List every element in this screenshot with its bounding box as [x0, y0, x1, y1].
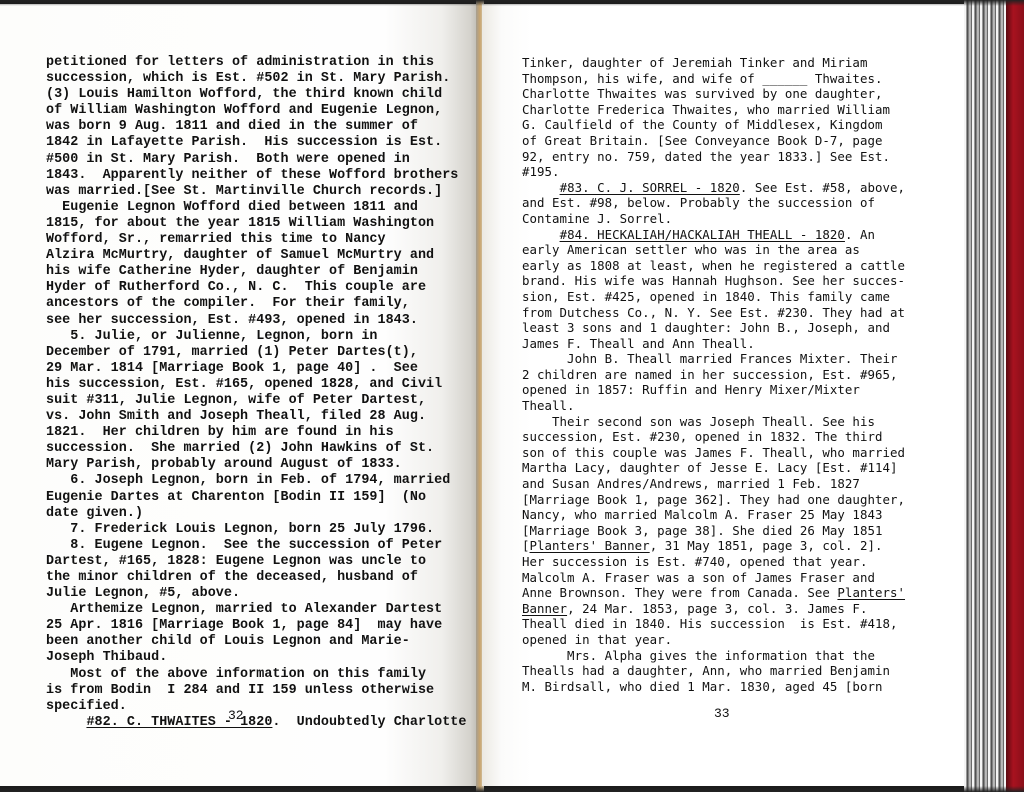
text-line: specified. — [46, 699, 466, 715]
line-text: specified. — [46, 699, 127, 714]
text-line: G. Caulfield of the County of Middlesex,… — [522, 117, 905, 133]
line-text: Theall died in 1840. His succession is E… — [522, 616, 898, 631]
text-line: [Planters' Banner, 31 May 1851, page 3, … — [522, 538, 905, 554]
text-line: Her succession is Est. #740, opened that… — [522, 554, 905, 570]
text-line: Theall died in 1840. His succession is E… — [522, 616, 905, 632]
line-text: opened in 1857: Ruffin and Henry Mixer/M… — [522, 382, 860, 397]
text-line: 1821. Her children by him are found in h… — [46, 425, 466, 441]
text-line: see her succession, Est. #493, opened in… — [46, 313, 466, 329]
text-line: 1842 in Lafayette Parish. His succession… — [46, 135, 466, 151]
line-text: 25 Apr. 1816 [Marriage Book 1, page 84] … — [46, 618, 442, 633]
line-text: G. Caulfield of the County of Middlesex,… — [522, 117, 882, 132]
line-text: Her succession is Est. #740, opened that… — [522, 554, 867, 569]
text-line: the minor children of the deceased, husb… — [46, 570, 466, 586]
text-line: Thompson, his wife, and wife of ______ T… — [522, 71, 905, 87]
line-text: December of 1791, married (1) Peter Dart… — [46, 345, 418, 360]
line-text: Julie Legnon, #5, above. — [46, 586, 240, 601]
line-text: Theall. — [522, 398, 575, 413]
text-line: of Great Britain. [See Conveyance Book D… — [522, 133, 905, 149]
text-line: date given.) — [46, 506, 466, 522]
line-text: the minor children of the deceased, husb… — [46, 570, 418, 585]
text-line: Theall. — [522, 398, 905, 414]
line-text: #500 in St. Mary Parish. Both were opene… — [46, 152, 410, 167]
line-text: Mary Parish, probably around August of 1… — [46, 457, 402, 472]
text-line: #500 in St. Mary Parish. Both were opene… — [46, 152, 466, 168]
text-line: early American settler who was in the ar… — [522, 242, 905, 258]
line-text: Arthemize Legnon, married to Alexander D… — [46, 602, 442, 617]
text-line: opened in 1857: Ruffin and Henry Mixer/M… — [522, 382, 905, 398]
text-line: petitioned for letters of administration… — [46, 55, 466, 71]
text-line: Wofford, Sr., remarried this time to Nan… — [46, 232, 466, 248]
text-line: Alzira McMurtry, daughter of Samuel McMu… — [46, 248, 466, 264]
line-text: 29 Mar. 1814 [Marriage Book 1, page 40] … — [46, 361, 418, 376]
text-line: 29 Mar. 1814 [Marriage Book 1, page 40] … — [46, 361, 466, 377]
line-text: ancestors of the compiler. For their fam… — [46, 296, 410, 311]
line-text: is from Bodin I 284 and II 159 unless ot… — [46, 683, 434, 698]
text-line: son of this couple was James F. Theall, … — [522, 445, 905, 461]
line-text: Thealls had a daughter, Ann, who married… — [522, 663, 890, 678]
line-text: [Marriage Book 1, page 362]. They had on… — [522, 492, 905, 507]
line-text: , 24 Mar. 1853, page 3, col. 3. James F. — [567, 601, 867, 616]
line-text: Eugenie Dartes at Charenton [Bodin II 15… — [46, 490, 426, 505]
bottom-shadow — [0, 786, 1024, 792]
line-text: Tinker, daughter of Jeremiah Tinker and … — [522, 55, 867, 70]
line-text: Hyder of Rutherford Co., N. C. This coup… — [46, 280, 426, 295]
line-text: M. Birdsall, who died 1 Mar. 1830, aged … — [522, 679, 882, 694]
underlined-heading: Planters' — [837, 585, 905, 600]
text-line: 8. Eugene Legnon. See the succession of … — [46, 538, 466, 554]
line-text: sion, Est. #425, opened in 1840. This fa… — [522, 289, 890, 304]
text-line: vs. John Smith and Joseph Theall, filed … — [46, 409, 466, 425]
text-line: #83. C. J. SORREL - 1820. See Est. #58, … — [522, 180, 905, 196]
text-line: Most of the above information on this fa… — [46, 667, 466, 683]
text-line: Anne Brownson. They were from Canada. Se… — [522, 585, 905, 601]
text-line: was born 9 Aug. 1811 and died in the sum… — [46, 119, 466, 135]
line-text: Their second son was Joseph Theall. See … — [522, 414, 875, 429]
text-line: suit #311, Julie Legnon, wife of Peter D… — [46, 393, 466, 409]
text-line: Charlotte Frederica Thwaites, who marrie… — [522, 102, 905, 118]
line-text: date given.) — [46, 506, 143, 521]
text-line: Thealls had a daughter, Ann, who married… — [522, 663, 905, 679]
text-line: #82. C. THWAITES - 1820. Undoubtedly Cha… — [46, 715, 466, 731]
line-text: [ — [522, 538, 530, 553]
text-line: December of 1791, married (1) Peter Dart… — [46, 345, 466, 361]
text-line: 6. Joseph Legnon, born in Feb. of 1794, … — [46, 473, 466, 489]
text-line: Nancy, who married Malcolm A. Fraser 25 … — [522, 507, 905, 523]
line-text: 1815, for about the year 1815 William Wa… — [46, 216, 434, 231]
page-edges — [964, 0, 1008, 792]
line-text: Thompson, his wife, and wife of ______ T… — [522, 71, 882, 86]
text-line: opened in that year. — [522, 632, 905, 648]
line-text: 1821. Her children by him are found in h… — [46, 425, 394, 440]
text-line: 1843. Apparently neither of these Woffor… — [46, 168, 466, 184]
line-text: 8. Eugene Legnon. See the succession of … — [46, 538, 442, 553]
line-text: Wofford, Sr., remarried this time to Nan… — [46, 232, 386, 247]
line-text: early American settler who was in the ar… — [522, 242, 860, 257]
top-shadow — [0, 0, 1024, 6]
text-line: Julie Legnon, #5, above. — [46, 586, 466, 602]
line-text: was married.[See St. Martinville Church … — [46, 184, 442, 199]
text-line: Hyder of Rutherford Co., N. C. This coup… — [46, 280, 466, 296]
line-text: , 31 May 1851, page 3, col. 2]. — [650, 538, 883, 553]
line-text: his succession, Est. #165, opened 1828, … — [46, 377, 442, 392]
text-line: Banner, 24 Mar. 1853, page 3, col. 3. Ja… — [522, 601, 905, 617]
text-line: Contamine J. Sorrel. — [522, 211, 905, 227]
line-text: and Est. #98, below. Probably the succes… — [522, 195, 875, 210]
line-text: suit #311, Julie Legnon, wife of Peter D… — [46, 393, 426, 408]
text-line: Charlotte Thwaites was survived by one d… — [522, 86, 905, 102]
line-text: 7. Frederick Louis Legnon, born 25 July … — [46, 522, 434, 537]
line-text: son of this couple was James F. Theall, … — [522, 445, 905, 460]
text-line: early as 1808 at least, when he register… — [522, 258, 905, 274]
line-text: see her succession, Est. #493, opened in… — [46, 313, 418, 328]
line-text: least 3 sons and 1 daughter: John B., Jo… — [522, 320, 890, 335]
line-text: [Marriage Book 3, page 38]. She died 26 … — [522, 523, 882, 538]
text-line: and Susan Andres/Andrews, married 1 Feb.… — [522, 476, 905, 492]
line-text: Contamine J. Sorrel. — [522, 211, 672, 226]
text-line: his wife Catherine Hyder, daughter of Be… — [46, 264, 466, 280]
text-line: ancestors of the compiler. For their fam… — [46, 296, 466, 312]
line-text: Charlotte Thwaites was survived by one d… — [522, 86, 882, 101]
line-text: . See Est. #58, above, — [740, 180, 905, 195]
right-page-text: Tinker, daughter of Jeremiah Tinker and … — [522, 55, 905, 694]
line-text: Anne Brownson. They were from Canada. Se… — [522, 585, 837, 600]
line-text: Dartest, #165, 1828: Eugene Legnon was u… — [46, 554, 426, 569]
line-text: vs. John Smith and Joseph Theall, filed … — [46, 409, 426, 424]
text-line: brand. His wife was Hannah Hughson. See … — [522, 273, 905, 289]
line-text: (3) Louis Hamilton Wofford, the third kn… — [46, 87, 442, 102]
text-line: #84. HECKALIAH/HACKALIAH THEALL - 1820. … — [522, 227, 905, 243]
underlined-heading: #83. C. J. SORREL - 1820 — [560, 180, 740, 195]
text-line: James F. Theall and Ann Theall. — [522, 336, 905, 352]
text-line: Their second son was Joseph Theall. See … — [522, 414, 905, 430]
line-text: of Great Britain. [See Conveyance Book D… — [522, 133, 882, 148]
text-line: [Marriage Book 1, page 362]. They had on… — [522, 492, 905, 508]
text-line: Joseph Thibaud. — [46, 650, 466, 666]
text-line: succession. She married (2) John Hawkins… — [46, 441, 466, 457]
line-text: #195. — [522, 164, 560, 179]
text-line: 25 Apr. 1816 [Marriage Book 1, page 84] … — [46, 618, 466, 634]
text-line: Mary Parish, probably around August of 1… — [46, 457, 466, 473]
line-text: Martha Lacy, daughter of Jesse E. Lacy [… — [522, 460, 898, 475]
text-line: (3) Louis Hamilton Wofford, the third kn… — [46, 87, 466, 103]
text-line: 2 children are named in her succession, … — [522, 367, 905, 383]
text-line: Eugenie Dartes at Charenton [Bodin II 15… — [46, 490, 466, 506]
line-text: 1843. Apparently neither of these Woffor… — [46, 168, 458, 183]
line-text: 1842 in Lafayette Parish. His succession… — [46, 135, 442, 150]
line-text: from Dutchess Co., N. Y. See Est. #230. … — [522, 305, 905, 320]
line-text: Charlotte Frederica Thwaites, who marrie… — [522, 102, 890, 117]
text-line: succession, Est. #230, opened in 1832. T… — [522, 429, 905, 445]
text-line: and Est. #98, below. Probably the succes… — [522, 195, 905, 211]
text-line: was married.[See St. Martinville Church … — [46, 184, 466, 200]
text-line: 92, entry no. 759, dated the year 1833.]… — [522, 149, 905, 165]
page-number-right: 33 — [714, 706, 730, 721]
line-text: Joseph Thibaud. — [46, 650, 167, 665]
line-text: early as 1808 at least, when he register… — [522, 258, 905, 273]
text-line: M. Birdsall, who died 1 Mar. 1830, aged … — [522, 679, 905, 695]
text-line: is from Bodin I 284 and II 159 unless ot… — [46, 683, 466, 699]
line-text: John B. Theall married Frances Mixter. T… — [522, 351, 898, 366]
text-line: #195. — [522, 164, 905, 180]
line-text: 2 children are named in her succession, … — [522, 367, 898, 382]
text-line: been another child of Louis Legnon and M… — [46, 634, 466, 650]
text-line: from Dutchess Co., N. Y. See Est. #230. … — [522, 305, 905, 321]
text-line: [Marriage Book 3, page 38]. She died 26 … — [522, 523, 905, 539]
line-text: petitioned for letters of administration… — [46, 55, 434, 70]
line-text — [522, 227, 560, 242]
text-line: sion, Est. #425, opened in 1840. This fa… — [522, 289, 905, 305]
text-line: Arthemize Legnon, married to Alexander D… — [46, 602, 466, 618]
line-text: Alzira McMurtry, daughter of Samuel McMu… — [46, 248, 434, 263]
line-text: Nancy, who married Malcolm A. Fraser 25 … — [522, 507, 882, 522]
underlined-heading: Banner — [522, 601, 567, 616]
line-text — [46, 715, 86, 730]
line-text: brand. His wife was Hannah Hughson. See … — [522, 273, 905, 288]
line-text: and Susan Andres/Andrews, married 1 Feb.… — [522, 476, 860, 491]
text-line: John B. Theall married Frances Mixter. T… — [522, 351, 905, 367]
book-spread: petitioned for letters of administration… — [0, 0, 1024, 792]
line-text: his wife Catherine Hyder, daughter of Be… — [46, 264, 418, 279]
underlined-heading: Planters' Banner — [530, 538, 650, 553]
line-text: . Undoubtedly Charlotte — [272, 715, 466, 730]
text-line: Martha Lacy, daughter of Jesse E. Lacy [… — [522, 460, 905, 476]
page-number-left: 32 — [228, 708, 244, 723]
line-text: opened in that year. — [522, 632, 672, 647]
text-line: Tinker, daughter of Jeremiah Tinker and … — [522, 55, 905, 71]
line-text: Most of the above information on this fa… — [46, 667, 426, 682]
text-line: of William Washington Wofford and Eugeni… — [46, 103, 466, 119]
text-line: Eugenie Legnon Wofford died between 1811… — [46, 200, 466, 216]
text-line: his succession, Est. #165, opened 1828, … — [46, 377, 466, 393]
text-line: Mrs. Alpha gives the information that th… — [522, 648, 905, 664]
line-text: 5. Julie, or Julienne, Legnon, born in — [46, 329, 378, 344]
line-text: Malcolm A. Fraser was a son of James Fra… — [522, 570, 875, 585]
line-text: 6. Joseph Legnon, born in Feb. of 1794, … — [46, 473, 450, 488]
text-line: Dartest, #165, 1828: Eugene Legnon was u… — [46, 554, 466, 570]
left-page-text: petitioned for letters of administration… — [46, 55, 466, 731]
text-line: 1815, for about the year 1815 William Wa… — [46, 216, 466, 232]
line-text: been another child of Louis Legnon and M… — [46, 634, 410, 649]
line-text — [522, 180, 560, 195]
line-text: 92, entry no. 759, dated the year 1833.]… — [522, 149, 890, 164]
line-text: of William Washington Wofford and Eugeni… — [46, 103, 442, 118]
text-line: succession, which is Est. #502 in St. Ma… — [46, 71, 466, 87]
line-text: James F. Theall and Ann Theall. — [522, 336, 755, 351]
text-line: least 3 sons and 1 daughter: John B., Jo… — [522, 320, 905, 336]
line-text: . An — [845, 227, 875, 242]
line-text: Mrs. Alpha gives the information that th… — [522, 648, 875, 663]
line-text: was born 9 Aug. 1811 and died in the sum… — [46, 119, 418, 134]
text-line: Malcolm A. Fraser was a son of James Fra… — [522, 570, 905, 586]
book-cover-edge — [1006, 0, 1024, 792]
text-line: 7. Frederick Louis Legnon, born 25 July … — [46, 522, 466, 538]
line-text: succession. She married (2) John Hawkins… — [46, 441, 434, 456]
line-text: succession, which is Est. #502 in St. Ma… — [46, 71, 450, 86]
underlined-heading: #84. HECKALIAH/HACKALIAH THEALL - 1820 — [560, 227, 845, 242]
line-text: succession, Est. #230, opened in 1832. T… — [522, 429, 882, 444]
line-text: Eugenie Legnon Wofford died between 1811… — [46, 200, 418, 215]
underlined-heading: #82. C. THWAITES - 1820 — [86, 715, 272, 730]
text-line: 5. Julie, or Julienne, Legnon, born in — [46, 329, 466, 345]
